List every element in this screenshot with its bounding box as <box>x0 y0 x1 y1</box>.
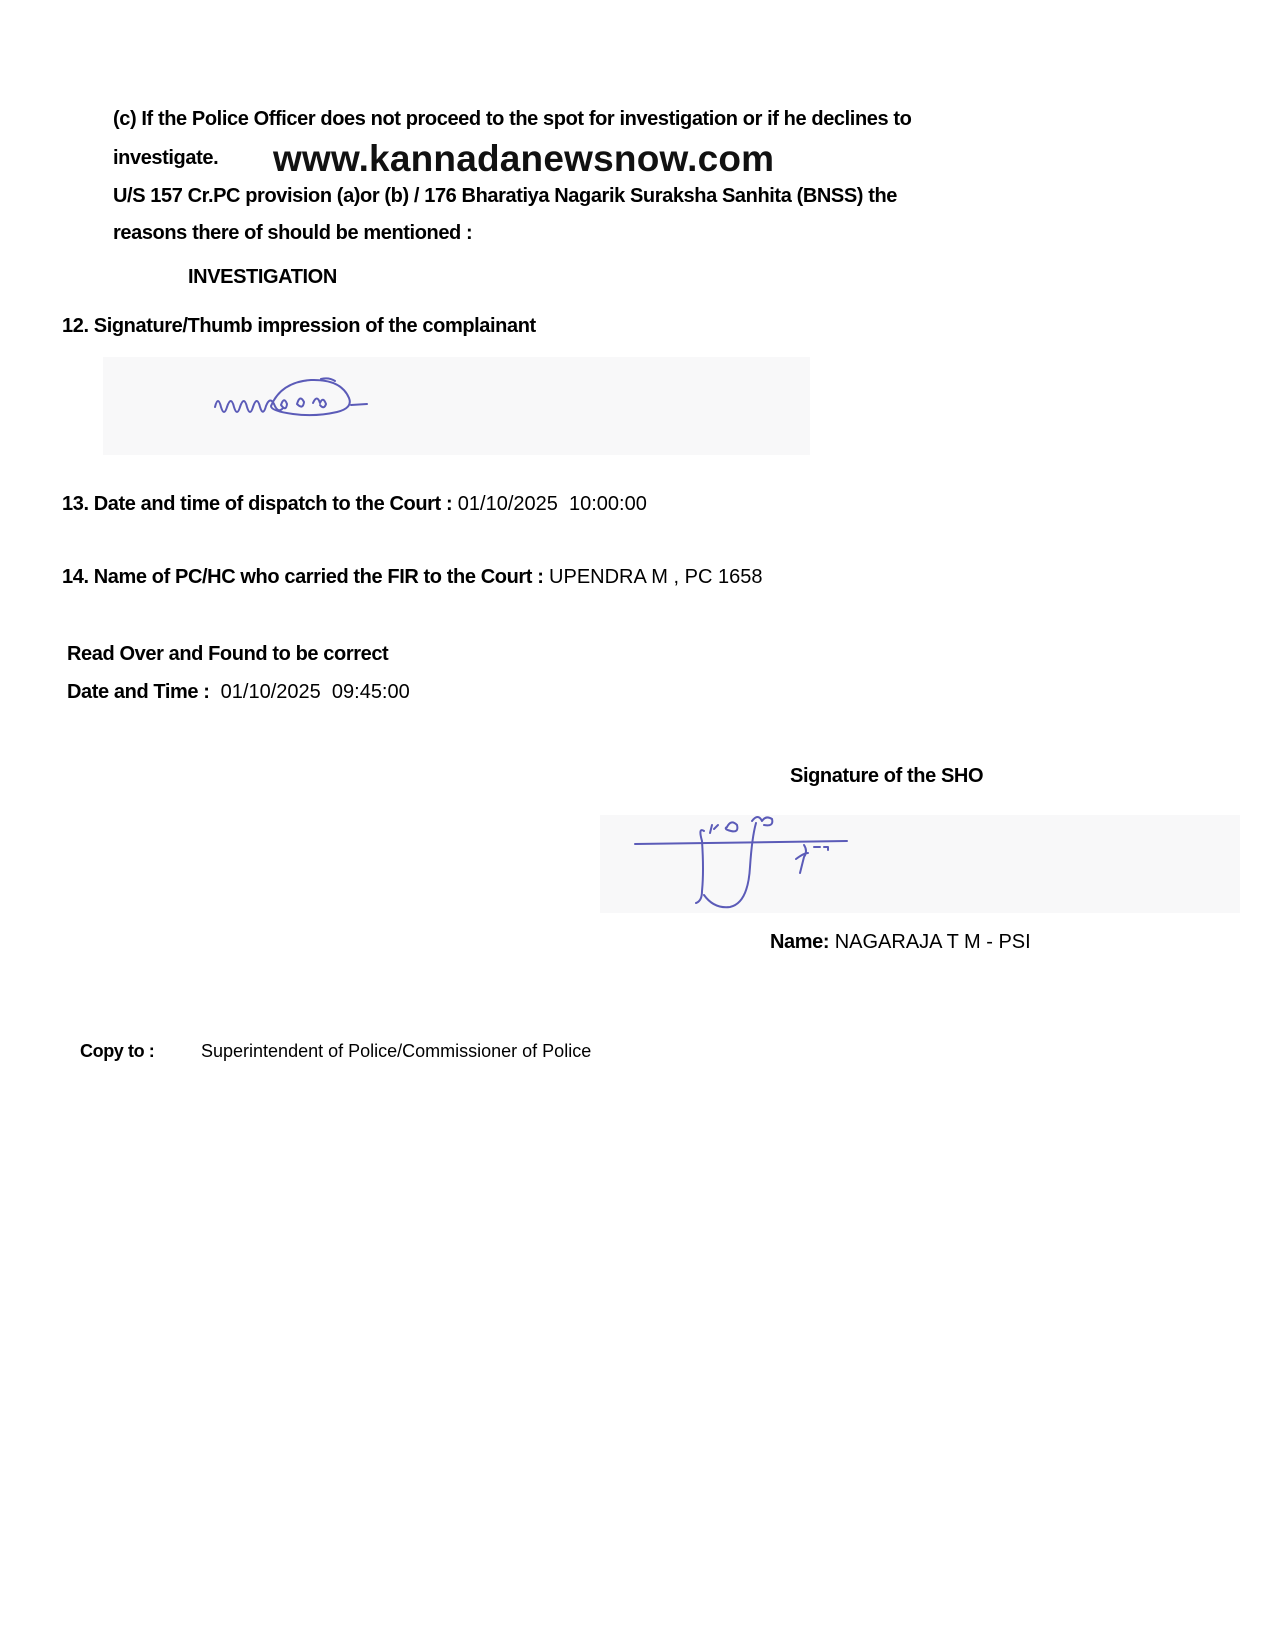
sho-signature-icon <box>600 815 1240 913</box>
sho-signature-box <box>600 815 1240 913</box>
item-14-row: 14. Name of PC/HC who carried the FIR to… <box>62 566 762 589</box>
item-13-label: 13. Date and time of dispatch to the Cou… <box>62 493 452 515</box>
read-over-datetime-value: 01/10/2025 09:45:00 <box>210 681 410 703</box>
read-over-datetime-label: Date and Time : <box>67 681 210 703</box>
read-over-label: Read Over and Found to be correct <box>67 643 388 666</box>
item-11c-line-1: (c) If the Police Officer does not proce… <box>113 108 911 131</box>
item-11c-line-2: investigate. <box>113 147 218 170</box>
item-13-row: 13. Date and time of dispatch to the Cou… <box>62 493 647 516</box>
sho-name-value: NAGARAJA T M - PSI <box>829 931 1031 953</box>
watermark: www.kannadanewsnow.com <box>273 138 774 180</box>
complainant-signature-box <box>103 357 810 455</box>
item-13-value: 01/10/2025 10:00:00 <box>452 493 647 515</box>
item-14-label: 14. Name of PC/HC who carried the FIR to… <box>62 566 543 588</box>
read-over-datetime-row: Date and Time : 01/10/2025 09:45:00 <box>67 681 410 704</box>
copy-to-label: Copy to : <box>80 1041 154 1062</box>
item-11c-line-4: reasons there of should be mentioned : <box>113 222 472 245</box>
item-11c-value: INVESTIGATION <box>188 266 337 289</box>
item-14-value: UPENDRA M , PC 1658 <box>543 566 762 588</box>
sho-name-row: Name: NAGARAJA T M - PSI <box>770 931 1031 954</box>
copy-to-value: Superintendent of Police/Commissioner of… <box>201 1041 591 1062</box>
item-12-label: 12. Signature/Thumb impression of the co… <box>62 315 536 338</box>
item-11c-line-3: U/S 157 Cr.PC provision (a)or (b) / 176 … <box>113 185 897 208</box>
sho-name-label: Name: <box>770 931 829 953</box>
complainant-signature-icon <box>103 357 810 455</box>
sho-signature-heading: Signature of the SHO <box>790 765 983 788</box>
